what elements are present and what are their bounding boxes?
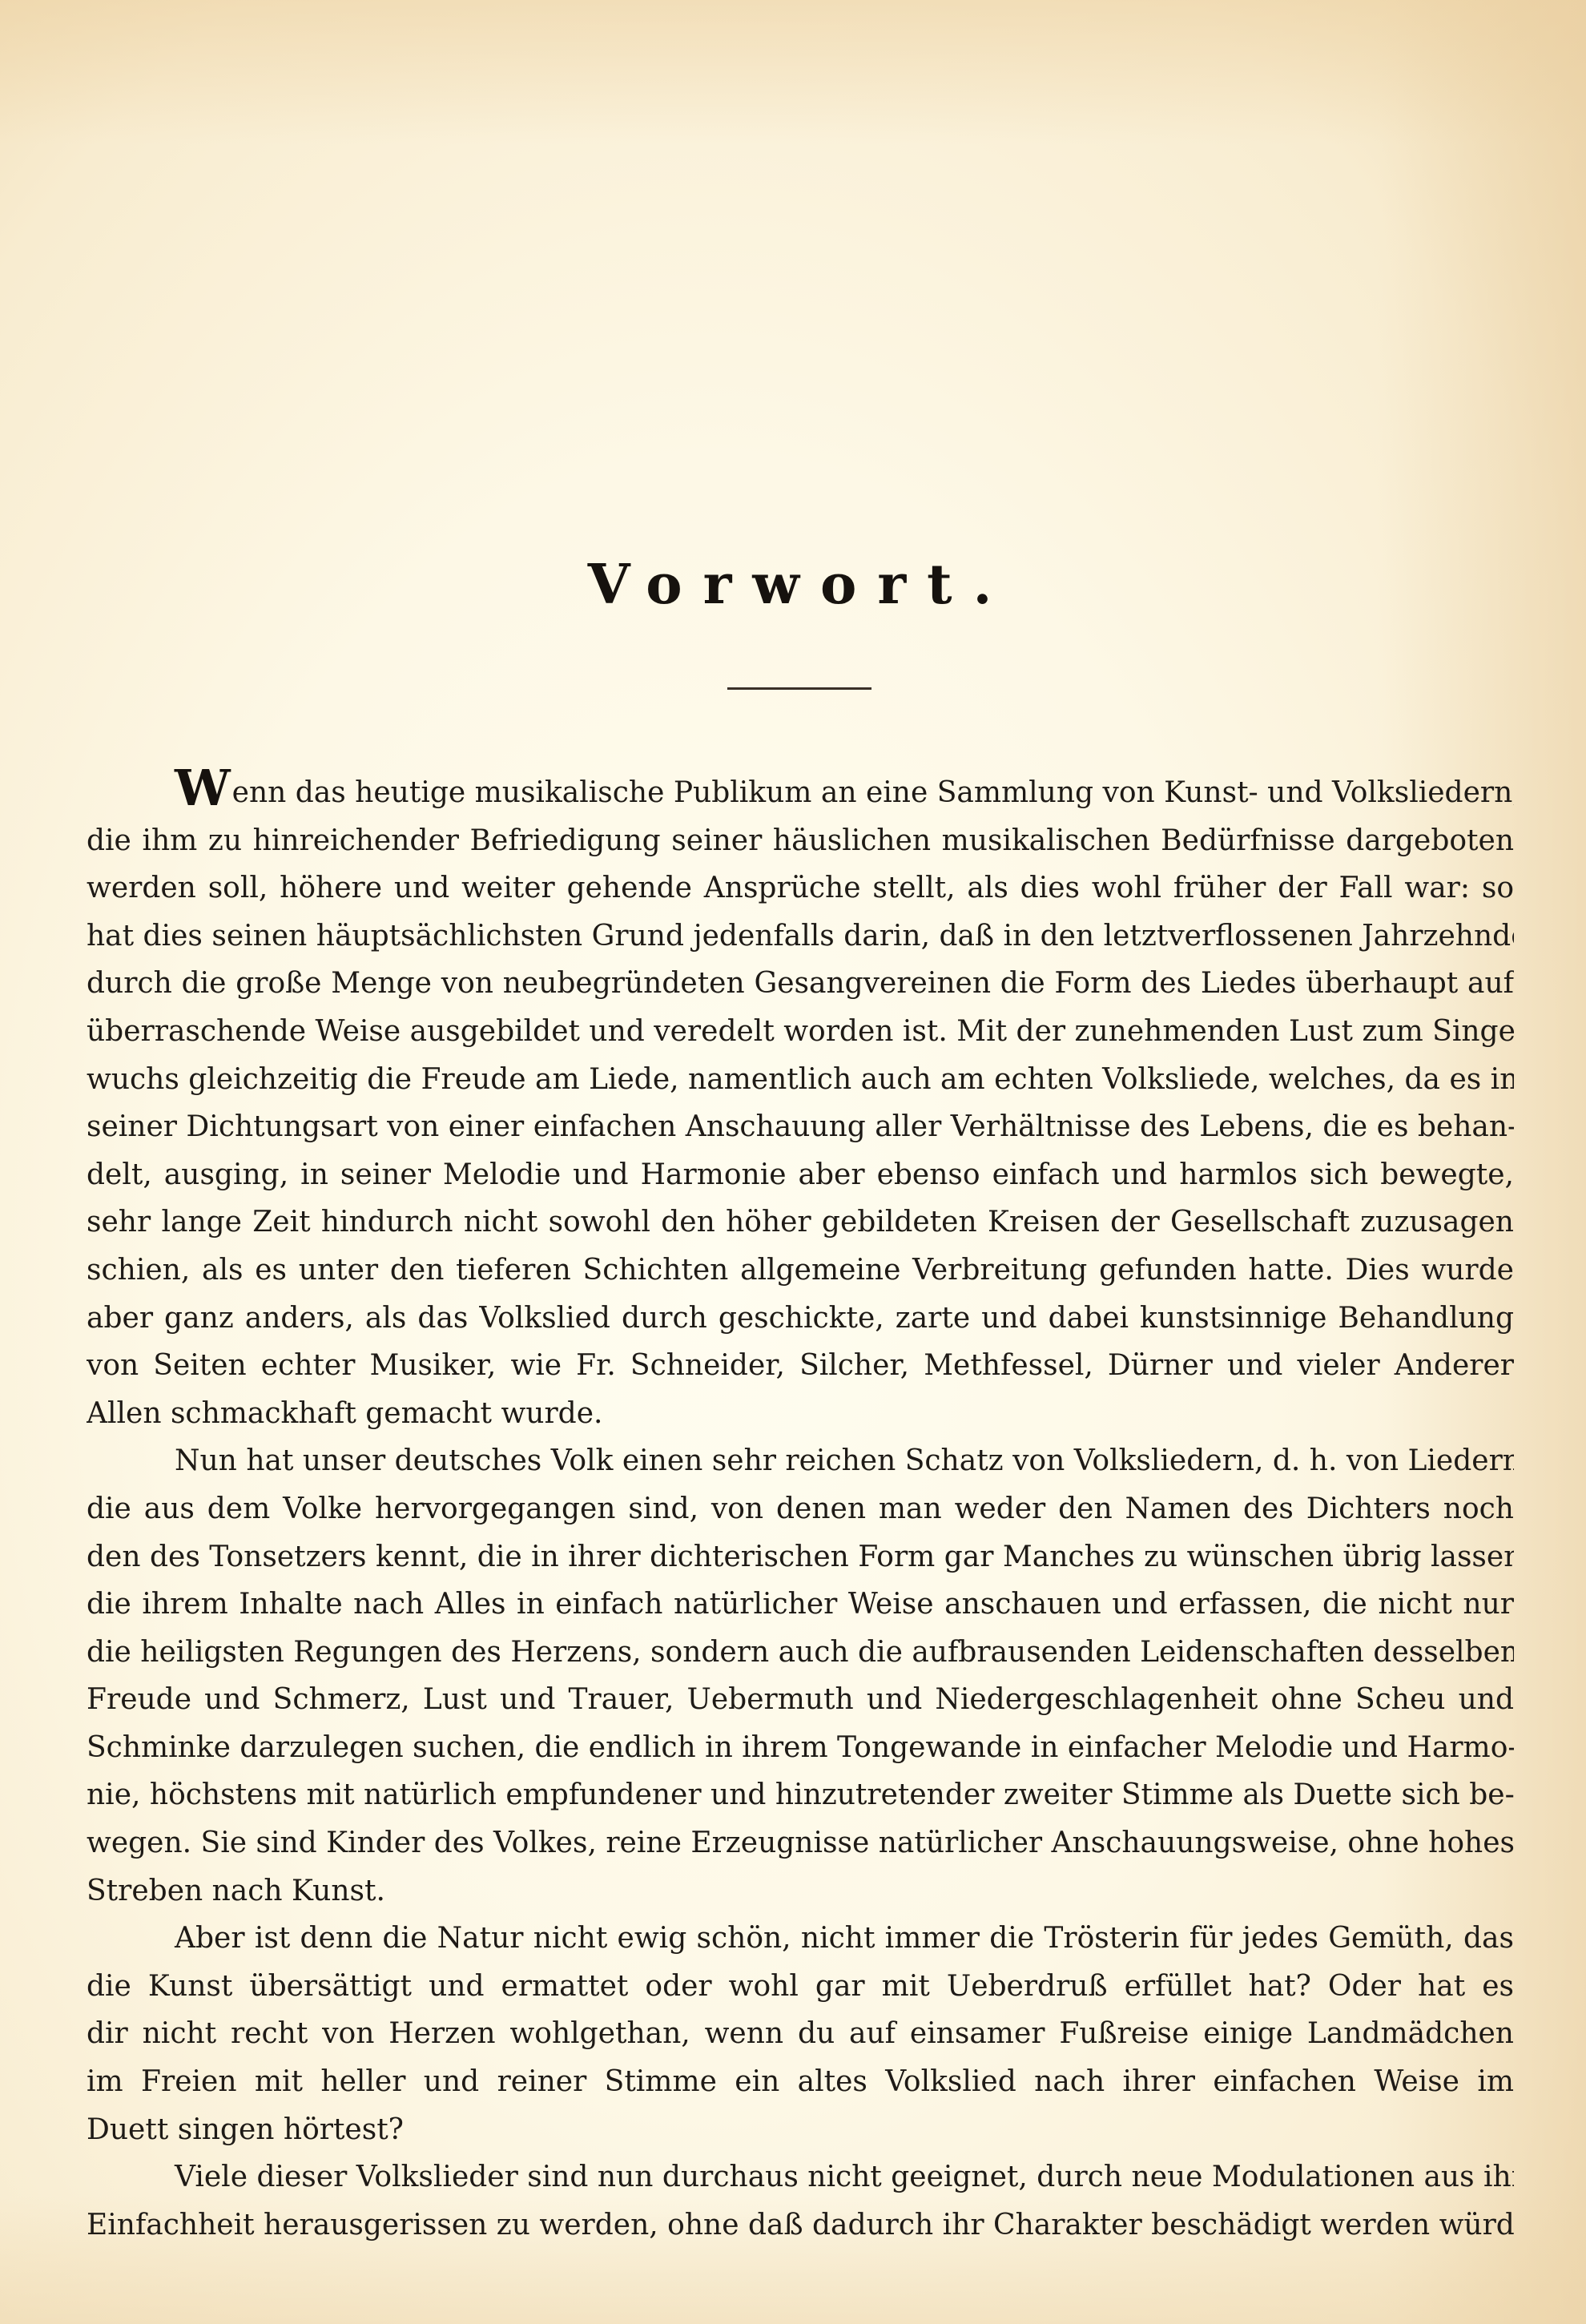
text-line: werden soll, höhere und weiter gehende A… [87,864,1514,912]
text-line: den des Tonsetzers kennt, die in ihrer d… [87,1533,1514,1581]
text-line: schien, als es unter den tieferen Schich… [87,1247,1514,1295]
drop-cap: W [175,769,231,817]
text-line: die ihrem Inhalte nach Alles in einfach … [87,1581,1514,1629]
text-line: von Seiten echter Musiker, wie Fr. Schne… [87,1342,1514,1390]
paragraph-1: Wenn das heutige musikalische Publikum a… [87,769,1514,1437]
text-line: durch die große Menge von neubegründeten… [87,960,1514,1008]
text-line: Freude und Schmerz, Lust und Trauer, Ueb… [87,1676,1514,1724]
text-line: Nun hat unser deutsches Volk einen sehr … [87,1437,1514,1485]
text-line: aber ganz anders, als das Volkslied durc… [87,1295,1514,1343]
text-line: im Freien mit heller und reiner Stimme e… [87,2058,1514,2106]
text-line: delt, ausging, in seiner Melodie und Har… [87,1151,1514,1199]
text-line: Streben nach Kunst. [87,1867,1514,1915]
text-line: Duett singen hörtest? [87,2106,1514,2154]
title-divider [727,687,871,690]
text-line: Einfachheit herausgerissen zu werden, oh… [87,2201,1514,2249]
text-line: hat dies seinen häuptsächlichsten Grund … [87,912,1514,961]
preface-body: Wenn das heutige musikalische Publikum a… [87,769,1514,2249]
text-line: die aus dem Volke hervorgegangen sind, v… [87,1485,1514,1533]
text-line: dir nicht recht von Herzen wohlgethan, w… [87,2010,1514,2058]
page-title: Vorwort. [87,553,1514,617]
paragraph-3: Aber ist denn die Natur nicht ewig schön… [87,1915,1514,2153]
paper-aging-top [0,0,1586,144]
text-line: sehr lange Zeit hindurch nicht sowohl de… [87,1198,1514,1247]
text-line: Allen schmackhaft gemacht wurde. [87,1390,1514,1438]
text-line: nie, höchstens mit natürlich empfundener… [87,1771,1514,1819]
text-line: wuchs gleichzeitig die Freude am Liede, … [87,1056,1514,1104]
paragraph-4: Viele dieser Volkslieder sind nun durcha… [87,2153,1514,2249]
text-line: Viele dieser Volkslieder sind nun durcha… [87,2153,1514,2201]
paragraph-2: Nun hat unser deutsches Volk einen sehr … [87,1437,1514,1915]
text-line: überraschende Weise ausgebildet und vere… [87,1008,1514,1056]
text-line: die heiligsten Regungen des Herzens, son… [87,1629,1514,1677]
text-line: Schminke darzulegen suchen, die endlich … [87,1724,1514,1772]
text-line: die ihm zu hinreichender Befriedigung se… [87,817,1514,865]
text-line: seiner Dichtungsart von einer einfachen … [87,1103,1514,1151]
text-line: wegen. Sie sind Kinder des Volkes, reine… [87,1819,1514,1867]
text-line: die Kunst übersättigt und ermattet oder … [87,1963,1514,2011]
text-line: Wenn das heutige musikalische Publikum a… [87,769,1514,817]
text-line: Aber ist denn die Natur nicht ewig schön… [87,1915,1514,1963]
